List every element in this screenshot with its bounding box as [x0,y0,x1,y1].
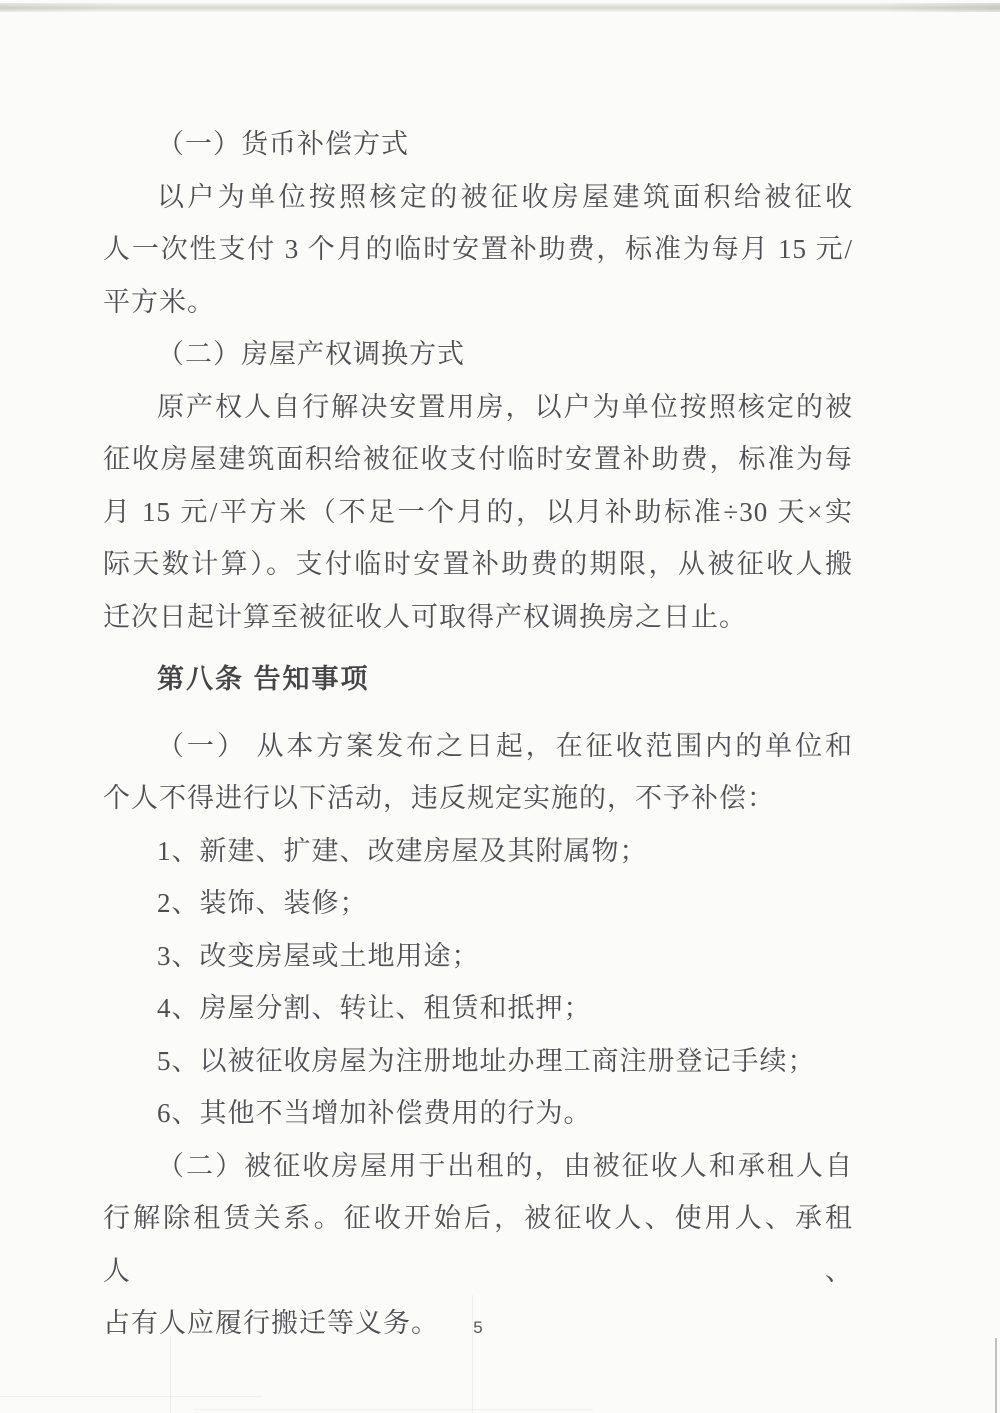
text-line: （二）房屋产权调换方式 [103,328,853,381]
text-line: 5、以被征收房屋为注册地址办理工商注册登记手续； [103,1035,853,1088]
text-line: 际天数计算）。支付临时安置补助费的期限，从被征收人搬 [103,538,853,591]
text-line: 行解除租赁关系。征收开始后，被征收人、使用人、承租人、 [103,1192,853,1297]
scan-edge-top-artifact [0,3,1000,12]
text-line: 平方米。 [103,276,853,329]
text-line: 月 15 元/平方米（不足一个月的，以月补助标准÷30 天×实 [103,486,853,539]
text-line: 以户为单位按照核定的被征收房屋建筑面积给被征收 [103,171,853,224]
text-line: 征收房屋建筑面积给被征收支付临时安置补助费，标准为每 [103,433,853,486]
text-line: 3、改变房屋或土地用途； [103,930,853,983]
document-page: （一）货币补偿方式以户为单位按照核定的被征收房屋建筑面积给被征收人一次性支付 3… [0,0,1000,1413]
text-line: （一） 从本方案发布之日起，在征收范围内的单位和 [103,720,853,773]
text-line: 个人不得进行以下活动，违反规定实施的，不予补偿： [103,772,853,825]
text-line: （二）被征收房屋用于出租的，由被征收人和承租人自 [103,1140,853,1193]
text-line: 人一次性支付 3 个月的临时安置补助费，标准为每月 15 元/ [103,223,853,276]
text-line: 2、装饰、装修； [103,877,853,930]
scan-line-artifact [0,1396,262,1397]
text-line: 原产权人自行解决安置用房，以户为单位按照核定的被 [103,381,853,434]
text-line: 4、房屋分割、转让、租赁和抵押； [103,982,853,1035]
text-line: 1、新建、扩建、改建房屋及其附属物； [103,825,853,878]
section-heading: 第八条 告知事项 [103,653,853,706]
page-number: 5 [103,1318,853,1338]
text-lines: （一）货币补偿方式以户为单位按照核定的被征收房屋建筑面积给被征收人一次性支付 3… [103,118,853,1350]
scan-line-artifact [194,1409,594,1410]
scan-crease-artifact [472,1295,473,1413]
text-line: 迁次日起计算至被征收人可取得产权调换房之日止。 [103,591,853,644]
text-line: （一）货币补偿方式 [103,118,853,171]
scan-crease-artifact [170,1335,171,1413]
text-line: 6、其他不当增加补偿费用的行为。 [103,1087,853,1140]
scan-edge-right-artifact [995,1338,997,1413]
